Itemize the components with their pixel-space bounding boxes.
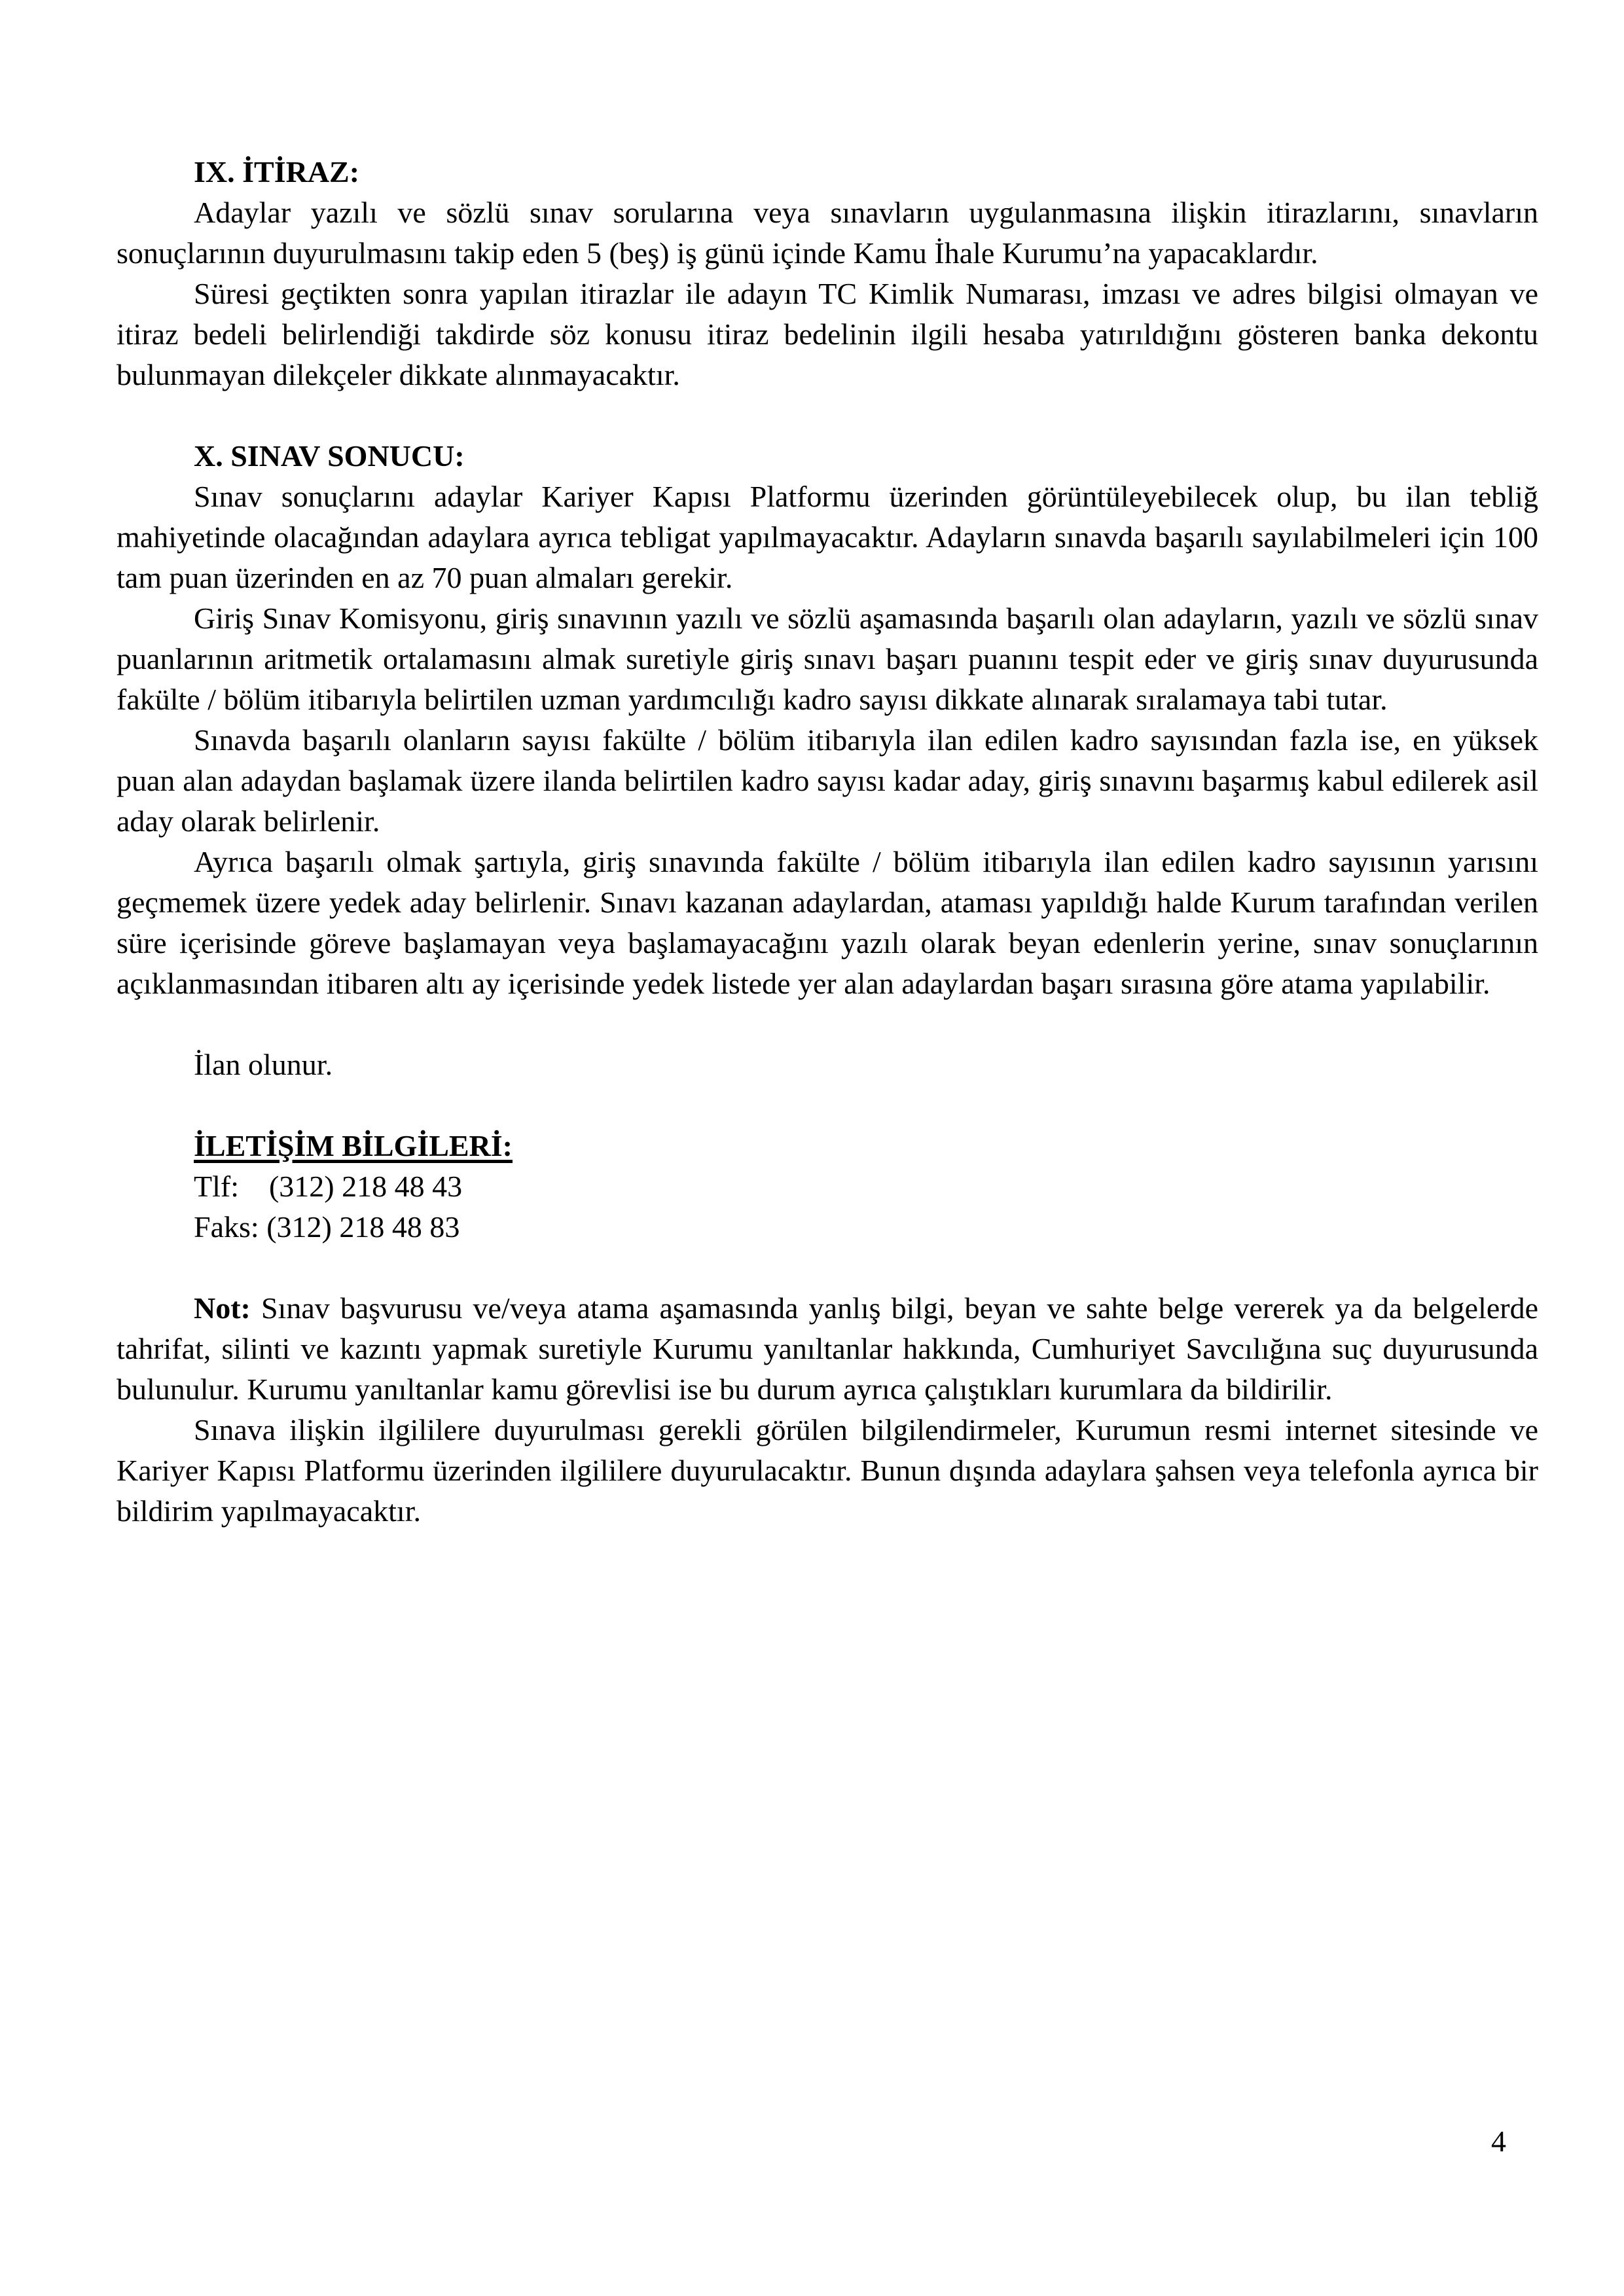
note-text: Sınav başvurusu ve/veya atama aşamasında… [117, 1291, 1538, 1406]
sinav-sonucu-paragraph-3: Sınavda başarılı olanların sayısı fakült… [117, 720, 1538, 842]
phone-label: Tlf: [194, 1170, 239, 1203]
contact-heading: İLETİŞİM BİLGİLERİ: [117, 1126, 1538, 1166]
closing-statement: İlan olunur. [117, 1045, 1538, 1085]
fax-label: Faks: [194, 1210, 259, 1244]
note-paragraph-2: Sınava ilişkin ilgililere duyurulması ge… [117, 1410, 1538, 1532]
contact-fax-row: Faks: (312) 218 48 83 [117, 1207, 1538, 1247]
itiraz-paragraph-1: Adaylar yazılı ve sözlü sınav sorularına… [117, 192, 1538, 274]
sinav-sonucu-paragraph-4: Ayrıca başarılı olmak şartıyla, giriş sı… [117, 842, 1538, 1004]
fax-number: (312) 218 48 83 [266, 1210, 460, 1244]
itiraz-paragraph-2: Süresi geçtikten sonra yapılan itirazlar… [117, 274, 1538, 395]
contact-phone-row: Tlf: (312) 218 48 43 [117, 1166, 1538, 1207]
document-page: IX. İTİRAZ: Adaylar yazılı ve sözlü sına… [117, 152, 1538, 1532]
sinav-sonucu-paragraph-1: Sınav sonuçlarını adaylar Kariyer Kapısı… [117, 476, 1538, 598]
section-heading-itiraz: IX. İTİRAZ: [117, 152, 1538, 192]
note-label: Not: [194, 1291, 251, 1325]
note-paragraph: Not: Sınav başvurusu ve/veya atama aşama… [117, 1288, 1538, 1410]
phone-number: (312) 218 48 43 [269, 1170, 462, 1203]
sinav-sonucu-paragraph-2: Giriş Sınav Komisyonu, giriş sınavının y… [117, 598, 1538, 720]
page-number: 4 [1491, 2124, 1506, 2159]
section-heading-sinav-sonucu: X. SINAV SONUCU: [117, 436, 1538, 476]
